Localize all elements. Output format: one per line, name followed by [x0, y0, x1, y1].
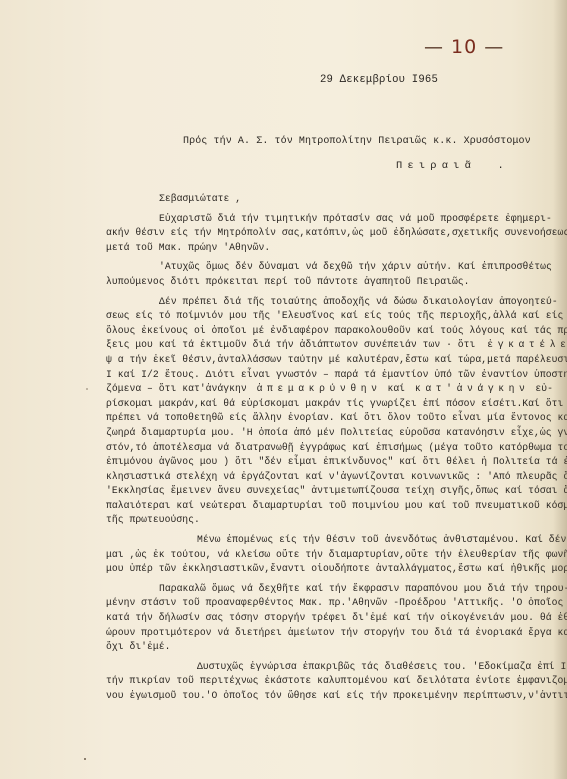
- word-kai: καί: [387, 383, 405, 394]
- paragraph-1-line-1: Εὐχαριστῶ διά τήν τιμητικήν πρότασίν σας…: [106, 212, 546, 227]
- paragraph-1-line-3: μετά τοῦ Μακ. πρώην 'Αθηνῶν.: [106, 241, 546, 256]
- paragraph-4-line-3: μου ὑπέρ τῶν ἐκκλησιαστικῶν,ἔναντι οἱουδ…: [106, 562, 546, 577]
- paragraph-5-line-5: ὄχι δι'ἐμέ.: [106, 640, 546, 655]
- paragraph-3-line-14: 'Εκκλησίας ἔμεινεν ἄνευ συνεχείας" ἀντιμ…: [106, 484, 546, 499]
- paragraph-3-line-15: παλαιότεραι καί νεώτεραι διαμαρτυρίαι το…: [106, 499, 546, 514]
- spaced-word-apemakrynthen: ἀπεμακρύνθην: [257, 383, 382, 394]
- paragraph-5-line-3: κατά τήν δήλωσίν σας τόσην στοργήν τρέφε…: [106, 611, 546, 626]
- paragraph-6-line-3: νου ἐγωισμοῦ του.'Ο ὁποῖος τόν ὤθησε καί…: [106, 689, 546, 704]
- paragraph-3-line-4: ξεις μου καί τά ἐκτιμοῦν διά τήν ἀδιάπτω…: [106, 338, 546, 353]
- paragraph-3-line-7: ζόμενα – ὅτι κατ'ἀνάγκην ἀπεμακρύνθην κα…: [106, 382, 546, 397]
- paragraph-5-line-4: ώρουν προτιμότερον νά διετήρει ἀμείωτον …: [106, 626, 546, 641]
- spaced-word-kat-anagkin: κατ'ἀνάγκην: [415, 383, 530, 394]
- city-name: Πειραιᾶ: [396, 160, 476, 172]
- paragraph-3-line-4-text: ξεις μου καί τά ἐκτιμοῦν διά τήν ἀδιάπτω…: [106, 339, 475, 350]
- page-number-annotation: — 10 —: [424, 36, 504, 58]
- paragraph-3-line-11: στόν,τό ἀποτέλεσμα νά διατρανωθῇ ἐγγράφω…: [106, 441, 546, 456]
- page-number-dash-right: —: [484, 36, 504, 58]
- paragraph-3-line-5: ψ α τήν ἐκεῖ θέσιν,ἀνταλλάσσων ταύτην μέ…: [106, 353, 546, 368]
- paragraph-4-line-2: μαι ,ὡς ἐκ τούτου, νά κλείσω οὔτε τήν δι…: [106, 548, 546, 563]
- paragraph-1-line-2: ακήν θέσιν είς τήν Μητρόπολίν σας,κατόπι…: [106, 226, 546, 241]
- paragraph-2-line-2: λυπούμενος διότι πρόκειται περί τοῦ πάντ…: [106, 275, 546, 290]
- paragraph-6-line-1: Δυστυχῶς ἐγνώρισα ἐπακριβῶς τάς διαθέσει…: [106, 660, 546, 675]
- paragraph-3-line-16: τῆς πρωτευούσης.: [106, 513, 546, 528]
- paragraph-2-line-1: 'Ατυχῶς ὅμως δέν δύναμαι νά δεχθῶ τήν χά…: [106, 260, 546, 275]
- paragraph-3-line-9: πρέπει νά τοποθετηθῶ είς ἄλλην ἐνορίαν. …: [106, 411, 546, 426]
- paragraph-5-line-2: μένην στάσιν τοῦ προαναφερθέντος Μακ. πρ…: [106, 596, 546, 611]
- paragraph-4-line-1: Μένω ἐπομένως είς τήν θέσιν τοῦ ἀνενδότω…: [106, 533, 546, 548]
- letter-body: Σεβασμιώτατε , Εὐχαριστῶ διά τήν τιμητικ…: [106, 192, 546, 704]
- paragraph-3-line-1: Δέν πρέπει διά τῆς τοιαύτης ἀποδοχῆς νά …: [106, 295, 546, 310]
- paragraph-3-line-8: ρίσκομαι μακράν,καί θά εὑρίσκομαι μακράν…: [106, 397, 546, 412]
- paragraph-5-line-1: Παρακαλῶ ὅμως νά δεχθῆτε καί τήν ἔκφρασι…: [106, 582, 546, 597]
- page-number-value: 10: [451, 36, 477, 58]
- letter-recipient: Πρός τήν Α. Σ. τόν Μητροπολίτην Πειραιῶς…: [183, 136, 531, 147]
- spaced-word-egkatelei: ἐγκατέλει-: [487, 339, 567, 350]
- letter-date: 29 Δεκεμβρίου Ι965: [320, 74, 438, 86]
- paragraph-3-line-3: ὅλους ἐκείνους οἱ ὁποῖοι μέ ἐνδιαφέρον π…: [106, 324, 546, 339]
- paper-speck: [86, 388, 88, 390]
- paragraph-6-line-2: τήν πικρίαν τοῦ περιτέχνως ἑκάστοτε καλυ…: [106, 674, 546, 689]
- city-punctuation: .: [498, 160, 509, 172]
- salutation: Σεβασμιώτατε ,: [106, 192, 546, 207]
- paragraph-3-line-12: ἐπιμόνου ἀγῶνος μου ) ὅτι "δέν εἶμαι ἐπι…: [106, 455, 546, 470]
- word-eu: εὐ-: [535, 383, 553, 394]
- letter-city: Πειραιᾶ .: [396, 160, 509, 172]
- paragraph-3-line-2: σεως είς τό ποίμνιόν μου τῆς 'Ελευσῖνος …: [106, 309, 546, 324]
- paragraph-3-line-6: Ι καί Ι/2 ἔτους. Διότι εἶναι γνωστόν – π…: [106, 368, 546, 383]
- page-number-dash-left: —: [424, 36, 444, 58]
- letter-page: — 10 — 29 Δεκεμβρίου Ι965 Πρός τήν Α. Σ.…: [0, 0, 567, 779]
- paragraph-3-line-10: ζωηρά διαμαρτυρία μου. 'Η ὁποία ἀπό μέν …: [106, 426, 546, 441]
- paragraph-3-line-7-text: ζόμενα – ὅτι κατ'ἀνάγκην: [106, 383, 247, 394]
- paper-speck: [84, 758, 86, 760]
- paragraph-3-line-13: κλησιαστικά στελέχη νά ἐργάζονται καί ν'…: [106, 470, 546, 485]
